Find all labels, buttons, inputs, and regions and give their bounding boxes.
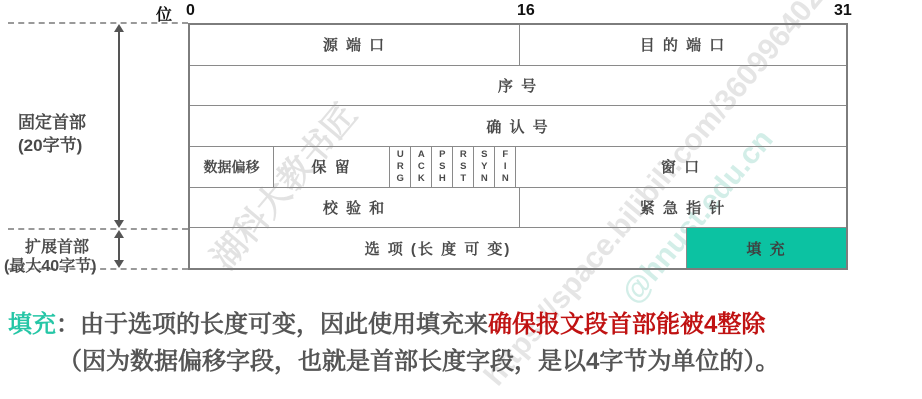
flag-psh-label: PSH: [437, 149, 447, 185]
field-checksum: 校 验 和: [190, 188, 520, 228]
field-reserved: 保 留: [274, 147, 390, 187]
caption-term: 填充: [8, 311, 56, 338]
tick-31: 31: [834, 2, 852, 20]
table-row: 数据偏移 保 留 URG ACK PSH RST SYN FIN 窗 口: [190, 147, 846, 188]
dashed-line-top: [8, 22, 188, 24]
table-row: 序 号: [190, 66, 846, 107]
tcp-header-diagram: 湖科大教书匠 https://space.bilibili.com/360996…: [0, 0, 922, 399]
ext-header-arrow: [118, 234, 120, 262]
table-row: 选 项 (长 度 可 变) 填 充: [190, 228, 846, 268]
flag-urg: URG: [390, 147, 411, 187]
fixed-header-size: (20字节): [18, 131, 82, 156]
tcp-header-table: 源 端 口 目 的 端 口 序 号 确 认 号 数据偏移 保 留 URG ACK…: [188, 23, 848, 270]
arrow-down-icon: [114, 260, 124, 268]
flag-rst: RST: [453, 147, 474, 187]
flag-ack-label: ACK: [416, 149, 426, 185]
caption-highlight: 确保报文段首部能被4整除: [488, 311, 765, 338]
arrow-up-icon: [114, 230, 124, 238]
field-options: 选 项 (长 度 可 变): [190, 228, 687, 268]
table-row: 确 认 号: [190, 106, 846, 147]
field-ack-number: 确 认 号: [190, 106, 846, 146]
flag-syn: SYN: [474, 147, 495, 187]
tick-0: 0: [186, 2, 195, 20]
flag-fin: FIN: [495, 147, 516, 187]
field-data-offset: 数据偏移: [190, 147, 274, 187]
flag-psh: PSH: [432, 147, 453, 187]
flag-ack: ACK: [411, 147, 432, 187]
field-padding: 填 充: [687, 228, 846, 268]
tick-16: 16: [517, 2, 535, 20]
caption-line2: （因为数据偏移字段，也就是首部长度字段，是以4字节为单位的）。: [58, 341, 779, 376]
field-window: 窗 口: [516, 147, 846, 187]
arrow-down-icon: [114, 220, 124, 228]
arrow-up-icon: [114, 24, 124, 32]
table-row: 校 验 和 紧 急 指 针: [190, 188, 846, 229]
ext-header-size: (最大40字节): [4, 253, 96, 276]
caption-line1: 填充：由于选项的长度可变，因此使用填充来确保报文段首部能被4整除: [8, 304, 765, 339]
flag-urg-label: URG: [395, 149, 405, 185]
flag-rst-label: RST: [458, 149, 468, 185]
fixed-header-arrow: [118, 28, 120, 224]
field-sequence-number: 序 号: [190, 66, 846, 106]
field-dest-port: 目 的 端 口: [520, 25, 846, 65]
table-row: 源 端 口 目 的 端 口: [190, 25, 846, 66]
flag-syn-label: SYN: [479, 149, 489, 185]
fixed-header-label: 固定首部: [18, 108, 86, 133]
field-urgent-pointer: 紧 急 指 针: [520, 188, 846, 228]
flag-fin-label: FIN: [500, 149, 510, 185]
caption-mid: ：由于选项的长度可变，因此使用填充来: [56, 311, 488, 338]
dashed-line-middle: [8, 228, 188, 230]
field-source-port: 源 端 口: [190, 25, 520, 65]
